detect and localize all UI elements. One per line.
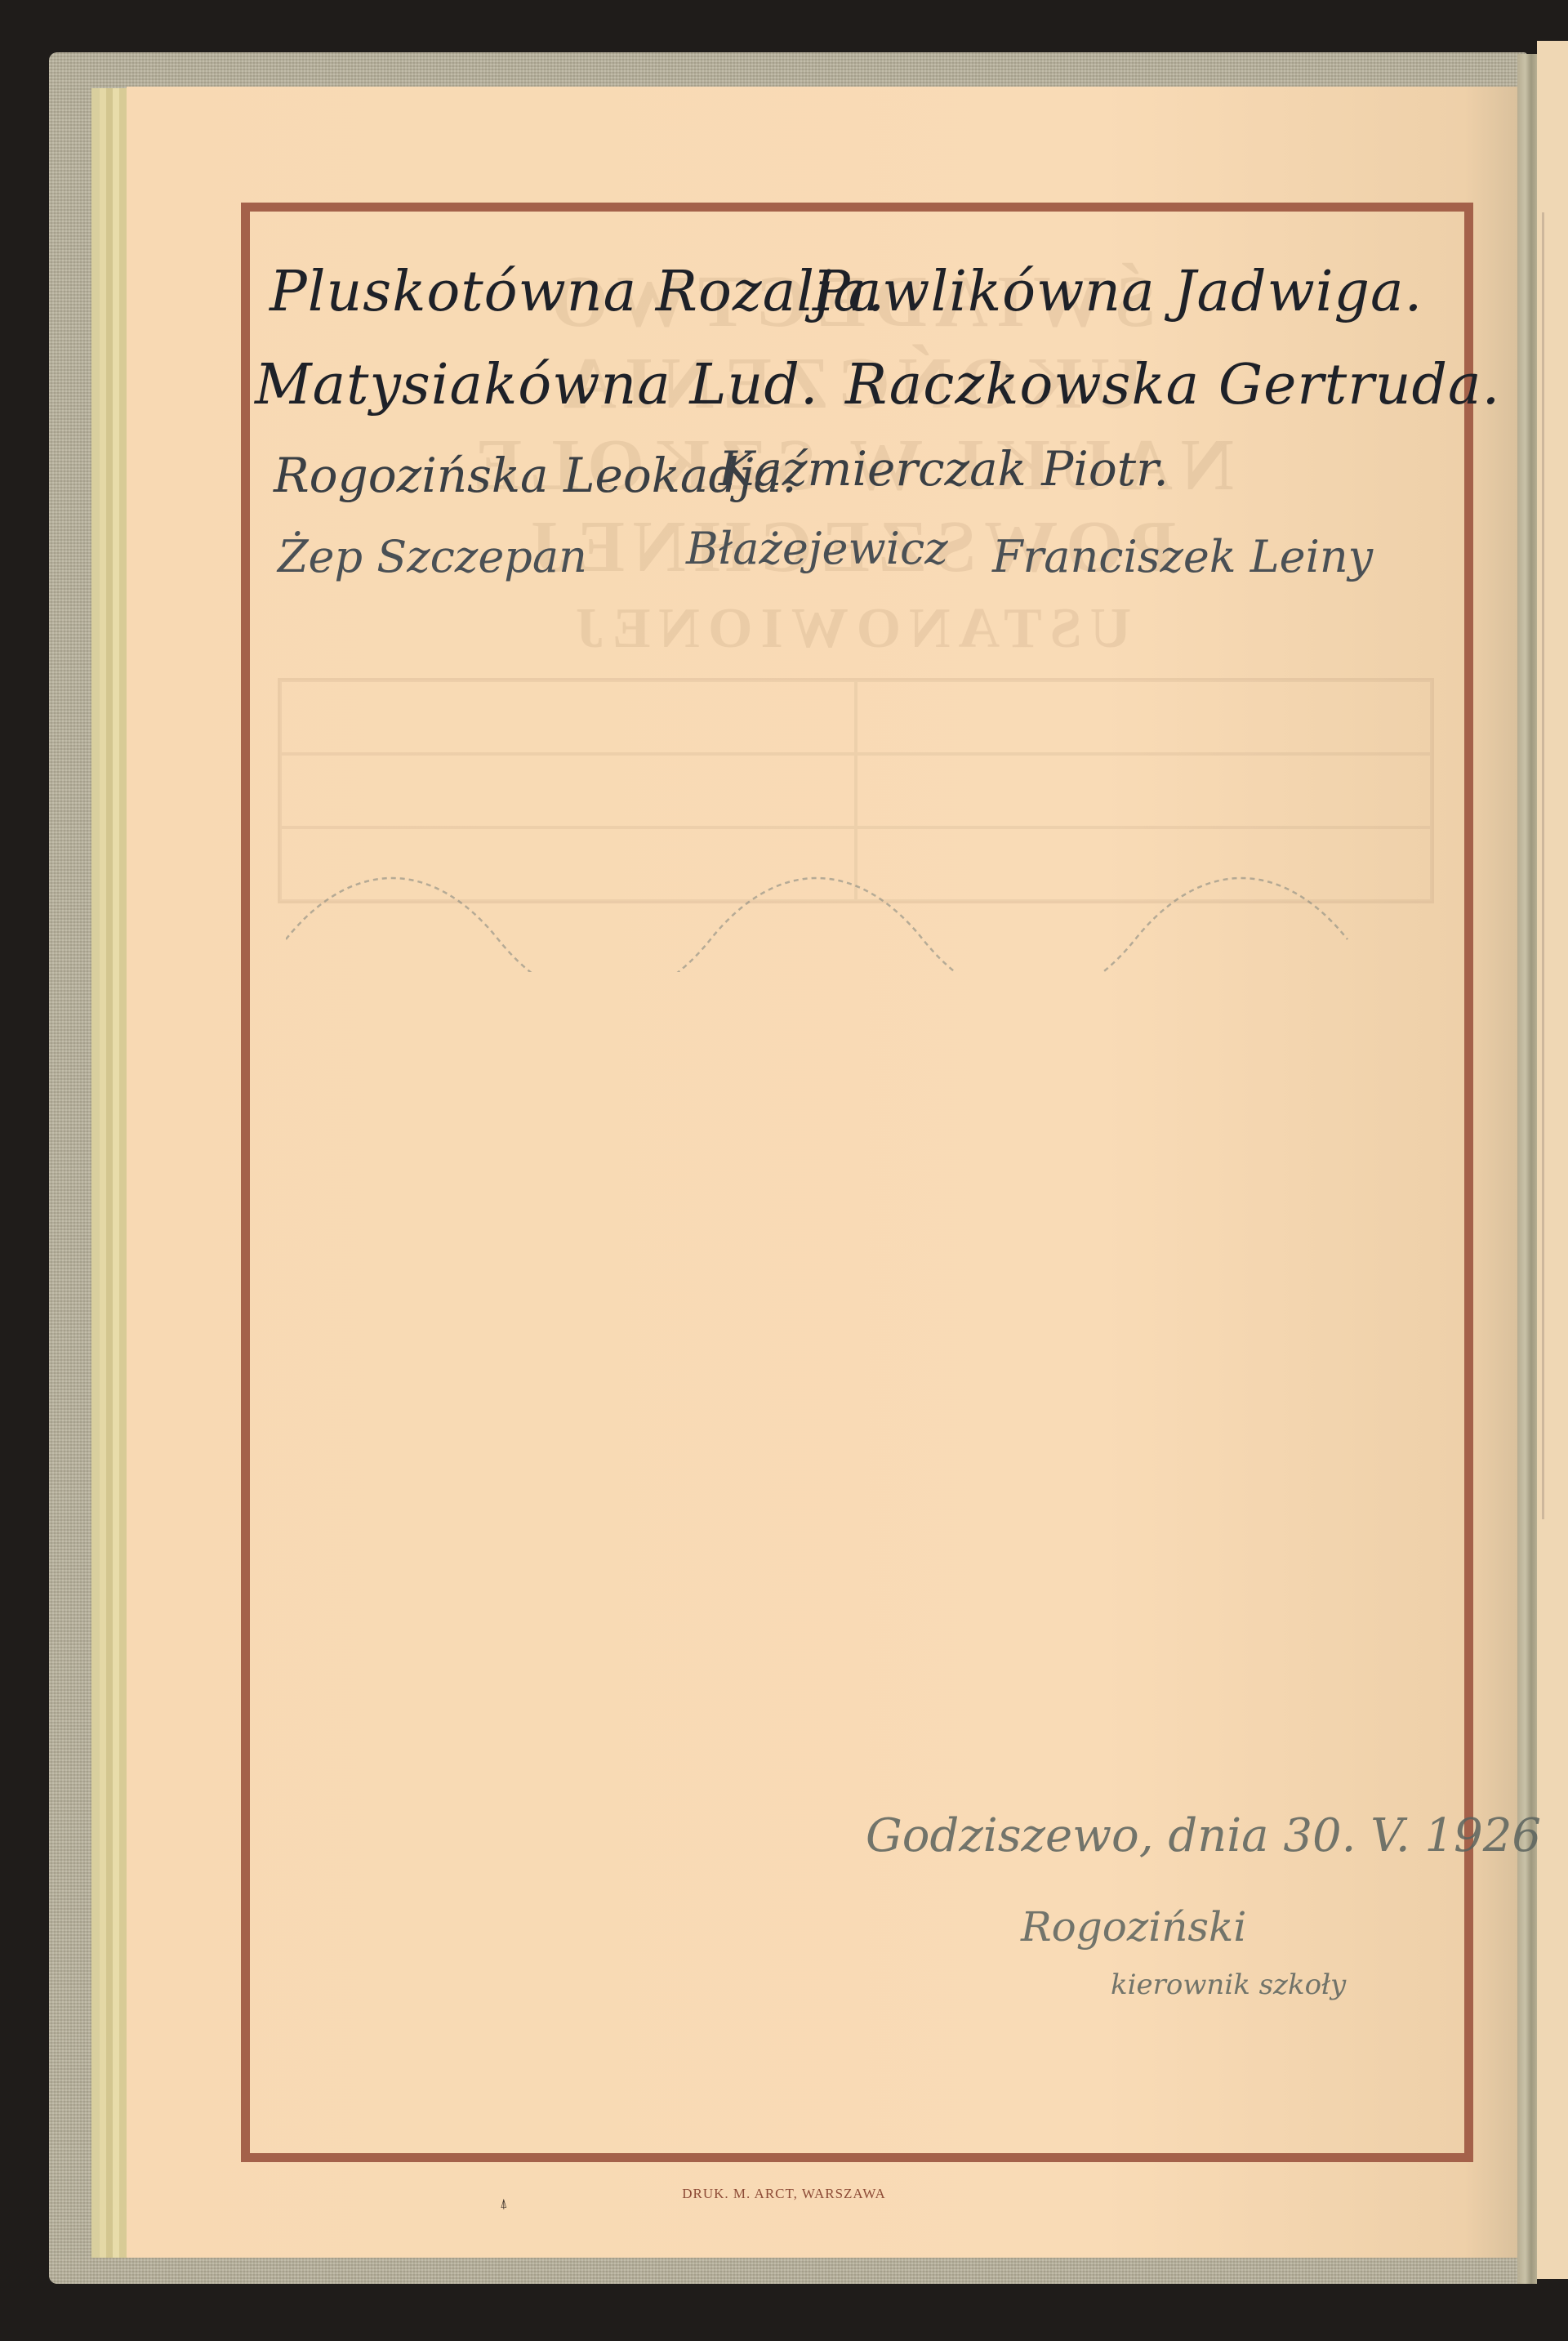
signature: Rogoziński	[1021, 1903, 1246, 1951]
name-entry: Matysiakówna Lud.	[255, 353, 819, 417]
printer-footer: DRUK. M. ARCT, WARSZAWA	[0, 2186, 1568, 2202]
place-date: Godziszewo, dnia 30. V. 1926	[866, 1809, 1541, 1862]
name-entry: Błażejewicz	[686, 523, 948, 574]
name-entry: Kaźmierczak Piotr.	[719, 441, 1169, 497]
signature-title: kierownik szkoły	[1111, 1969, 1346, 2001]
book-gutter	[1517, 54, 1537, 2284]
name-entry: Raczkowska Gertruda.	[845, 353, 1500, 417]
name-entry: Franciszek Leiny	[992, 531, 1373, 582]
name-entry: Pluskotówna Rozalja.	[269, 260, 885, 324]
facing-page-strip	[1537, 41, 1568, 2279]
name-entry: Pawlikówna Jadwiga.	[813, 260, 1423, 324]
name-entry: Żep Szczepan	[278, 531, 587, 582]
page-edges	[91, 88, 129, 2258]
